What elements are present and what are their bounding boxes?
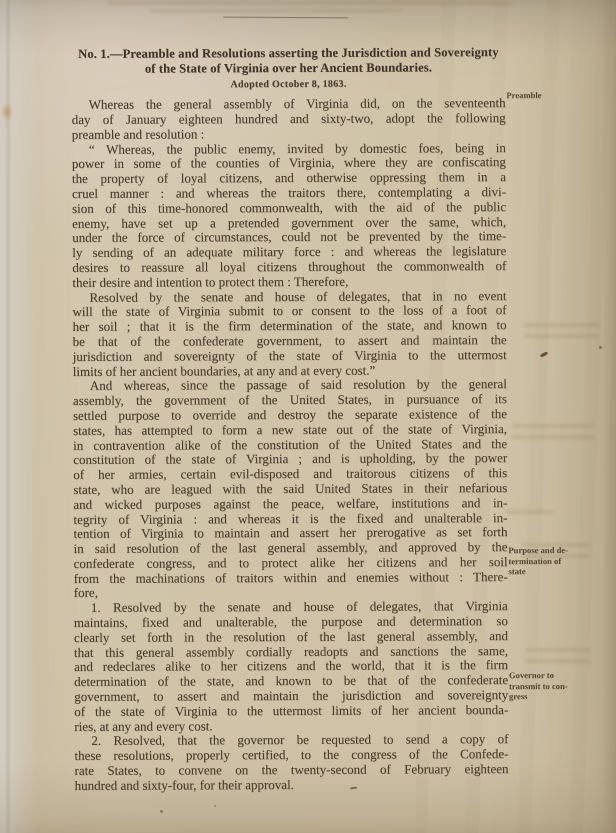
bleedthrough-margin-note	[524, 323, 599, 338]
bleedthrough-margin-note	[506, 510, 554, 519]
margin-note-preamble: Preamble	[506, 90, 612, 101]
text-line: jurisdiction and sovereignty of the stat…	[73, 348, 507, 365]
paragraph: 2. Resolved, that the governor be reques…	[74, 733, 508, 794]
document-body: Whereas the general assembly of Virginia…	[72, 96, 509, 793]
text-line: day of January eighteen hundred and sixt…	[72, 111, 506, 128]
ink-speck	[599, 346, 602, 349]
text-line: of the state of Virginia to the uttermos…	[74, 703, 508, 720]
page-crease	[7, 0, 9, 833]
text-line: gress	[509, 691, 615, 702]
bleedthrough-text-top	[150, 9, 402, 16]
text-line: transmit to con-	[509, 680, 615, 691]
paragraph: And whereas, since the passage of said r…	[73, 377, 508, 601]
text-line: Preamble	[506, 90, 612, 101]
title-line-2: of the State of Virginia over her Ancien…	[42, 60, 534, 77]
scanned-page-photo: No. 1.—Preamble and Resolutions assertin…	[0, 0, 616, 833]
paragraph: “ Whereas, the public enemy, invited by …	[72, 141, 507, 291]
paragraph: Resolved by the senate and house of dele…	[72, 289, 506, 380]
bleedthrough-margin-note	[512, 424, 594, 446]
document-title: No. 1.—Preamble and Resolutions assertin…	[42, 45, 534, 76]
text-line: state	[508, 566, 614, 577]
text-line: from the machinations of traitors within…	[74, 570, 508, 587]
section-divider-rule	[223, 17, 348, 19]
ink-speck	[540, 351, 548, 357]
margin-note-governor: Governor totransmit to con-gress	[509, 670, 615, 702]
text-line: Governor to	[509, 670, 615, 681]
text-line: termination of	[508, 555, 614, 566]
paragraph: 1. Resolved by the senate and house of d…	[74, 599, 509, 734]
ink-speck	[160, 810, 163, 813]
adoption-dateline: Adopted October 8, 1863.	[72, 78, 506, 91]
paragraph: Whereas the general assembly of Virginia…	[72, 96, 506, 142]
document-content: No. 1.—Preamble and Resolutions assertin…	[71, 45, 508, 794]
bleedthrough-text-top	[108, 1, 512, 8]
bleedthrough-margin-note	[527, 648, 591, 670]
title-line-1: No. 1.—Preamble and Resolutions assertin…	[42, 45, 534, 62]
text-line: hundred and sixty-four, for their approv…	[75, 777, 509, 794]
ink-speck	[214, 805, 216, 807]
margin-note-purpose: Purpose and de-termination ofstate	[508, 545, 614, 577]
text-line: Purpose and de-	[508, 545, 614, 556]
